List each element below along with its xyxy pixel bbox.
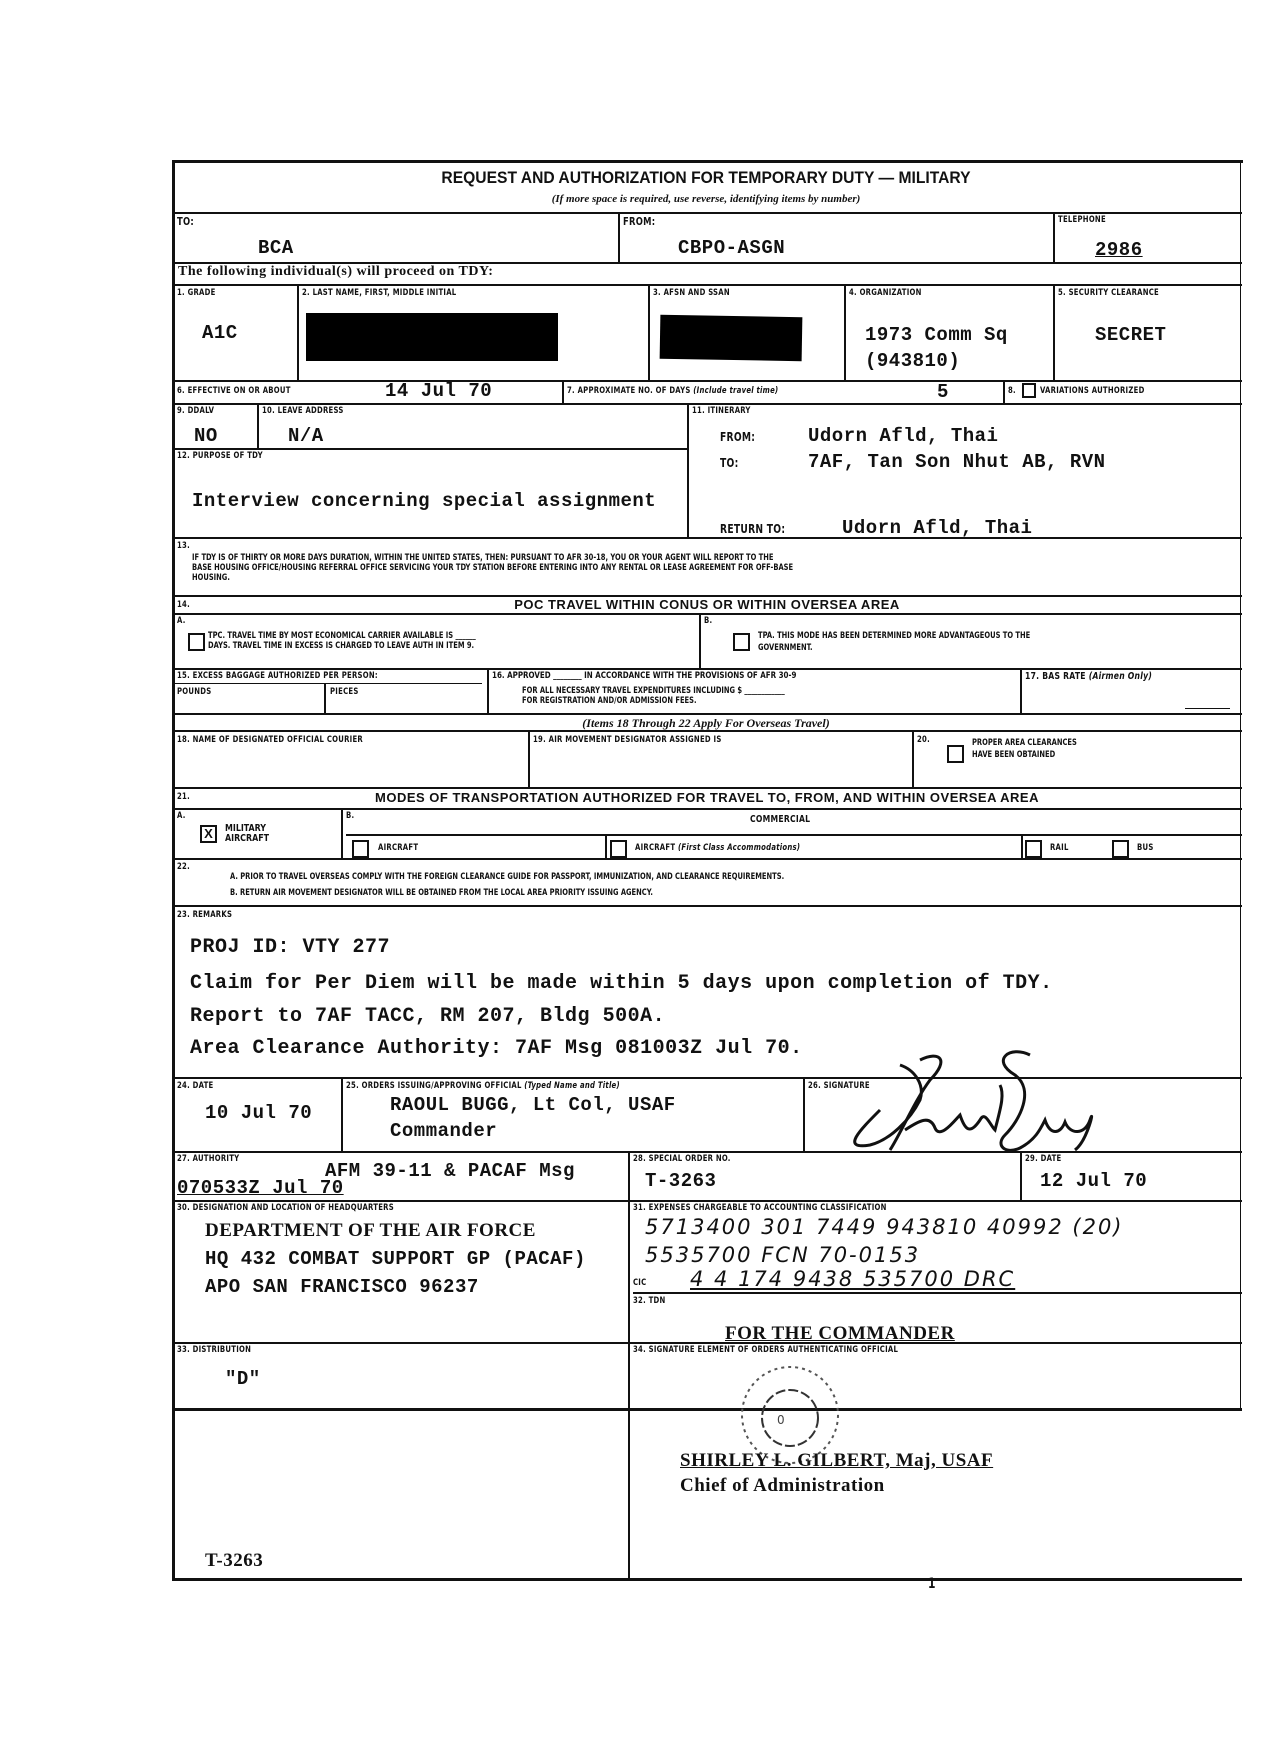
date-label: 24. DATE [177,1081,213,1091]
itinerary-from-label: FROM: [720,430,755,444]
rule [528,730,530,787]
tdn-label: 32. TDN [633,1296,666,1306]
bus-label: BUS [1137,843,1154,853]
authority-line1: AFM 39-11 & PACAF Msg [325,1160,575,1182]
rule [172,787,1242,789]
courier-label: 18. NAME OF DESIGNATED OFFICIAL COURIER [177,735,363,745]
item13-line3: HOUSING. [192,573,230,583]
page-mark: 1 [928,1576,936,1592]
remarks-line: Claim for Per Diem will be made within 5… [190,972,1053,995]
commercial-aircraft-checkbox[interactable] [352,840,369,858]
item21-b-label: B. [346,811,354,821]
order-date-label: 29. DATE [1025,1154,1061,1164]
item14-header: POC TRAVEL WITHIN CONUS OR WITHIN OVERSE… [172,597,1242,612]
remarks-line: Area Clearance Authority: 7AF Msg 081003… [190,1037,803,1060]
variations-number: 8. [1008,386,1016,396]
distribution-value: "D" [225,1368,261,1390]
telephone-value: 2986 [1095,239,1143,261]
rule [172,1342,1242,1344]
air-movement-label: 19. AIR MOVEMENT DESIGNATOR ASSIGNED IS [533,735,722,745]
authenticating-label: 34. SIGNATURE ELEMENT OF ORDERS AUTHENTI… [633,1345,898,1355]
return-to-label: RETURN TO: [720,522,785,536]
rule [1021,834,1023,858]
military-line2: AIRCRAFT [225,834,269,844]
rule [172,1200,1242,1202]
rule [172,808,1242,810]
item21-a-label: A. [177,811,186,821]
rule [172,448,687,450]
pounds-label: POUNDS [177,687,211,697]
rule [346,834,1242,836]
rule [172,713,1242,715]
item13-line2: BASE HOUSING OFFICE/HOUSING REFERRAL OFF… [192,563,793,573]
rule [912,730,914,787]
order-date-value: 12 Jul 70 [1040,1170,1147,1192]
commercial-label: COMMERCIAL [750,814,810,825]
clearance-value: SECRET [1095,324,1166,346]
rule [687,403,689,537]
commercial-aircraft-label: AIRCRAFT [378,843,418,853]
rule [172,212,1242,214]
cic-label: CIC [633,1278,646,1288]
rule [1053,212,1055,262]
rule [487,668,489,713]
official-label: 25. ORDERS ISSUING/APPROVING OFFICIAL (T… [346,1081,620,1091]
organization-value: 1973 Comm Sq [865,324,1008,346]
leave-address-label: 10. LEAVE ADDRESS [262,406,344,416]
to-label: TO: [177,215,194,228]
rule [172,537,1242,539]
itinerary-from-value: Udorn Afld, Thai [808,425,998,447]
item16-line2: FOR ALL NECESSARY TRAVEL EXPENDITURES IN… [522,686,785,696]
headquarters-label: 30. DESIGNATION AND LOCATION OF HEADQUAR… [177,1203,394,1213]
rule [562,380,564,403]
item16-line3: FOR REGISTRATION AND/OR ADMISSION FEES. [522,696,697,706]
item22-b: b. RETURN AIR MOVEMENT DESIGNATOR WILL B… [230,888,653,898]
tpa-checkbox[interactable] [733,633,750,651]
rule [172,284,1242,286]
rule [618,212,620,262]
itinerary-to-label: TO: [720,456,739,470]
purpose-label: 12. PURPOSE OF TDY [177,451,263,461]
area-clearance-checkbox[interactable] [947,745,964,763]
afsn-label: 3. AFSN AND SSAN [653,288,730,298]
name-redaction [306,313,558,361]
rule [699,613,701,668]
bas-rate-blank [1185,708,1230,709]
item13-number: 13. [177,541,190,551]
remarks-line: Report to 7AF TACC, RM 207, Bldg 500A. [190,1005,665,1028]
headquarters-line2: HQ 432 COMBAT SUPPORT GP (PACAF) [205,1248,586,1270]
item20-number: 20. [917,735,930,745]
authenticating-title: Chief of Administration [680,1475,885,1497]
effective-label: 6. EFFECTIVE ON OR ABOUT [177,386,291,396]
official-name: RAOUL BUGG, Lt Col, USAF [390,1094,676,1116]
for-commander: FOR THE COMMANDER [725,1323,955,1345]
rule [172,905,1242,907]
item22-a: a. PRIOR TO TRAVEL OVERSEAS COMPLY WITH … [230,872,784,882]
variations-label: VARIATIONS AUTHORIZED [1040,386,1145,396]
form-bottom-border [172,1578,1242,1581]
accounting-line2: 5535700 FCN 70-0153 [645,1243,920,1267]
telephone-label: TELEPHONE [1058,215,1106,225]
signature-icon [820,1040,1110,1160]
effective-value: 14 Jul 70 [385,380,492,402]
tpc-line1: TPC. TRAVEL TIME BY MOST ECONOMICAL CARR… [208,631,476,641]
rule [341,1077,343,1151]
rule [628,1151,630,1200]
leave-address-value: N/A [288,425,324,447]
grade-label: 1. GRADE [177,288,216,298]
date-value: 10 Jul 70 [205,1102,312,1124]
rule [172,683,482,684]
form-right-edge [1240,160,1241,1410]
rule [297,284,299,380]
item14-b-label: B. [704,616,712,626]
organization-code: (943810) [865,350,960,372]
from-label: FROM: [623,215,655,228]
tpa-line1: TPA. THIS MODE HAS BEEN DETERMINED MORE … [758,631,1030,641]
headquarters-line3: APO SAN FRANCISCO 96237 [205,1276,479,1298]
item13-line1: IF TDY IS OF THIRTY OR MORE DAYS DURATIO… [192,553,774,563]
remarks-label: 23. REMARKS [177,910,232,920]
headquarters-line1: DEPARTMENT OF THE AIR FORCE [205,1220,536,1242]
rule [633,1292,1242,1294]
overseas-note: (Items 18 Through 22 Apply For Overseas … [172,716,1240,731]
dalv-label: 9. DDALV [177,406,214,416]
rule [1053,284,1055,380]
rule [172,403,1242,405]
military-aircraft-checkbox[interactable]: X [200,825,217,843]
area-clearance-line2: HAVE BEEN OBTAINED [972,750,1055,760]
rule [172,380,1242,382]
variations-checkbox[interactable] [1022,383,1036,398]
itinerary-to-value: 7AF, Tan Son Nhut AB, RVN [808,451,1106,473]
rule [324,683,326,713]
distribution-label: 33. DISTRIBUTION [177,1345,251,1355]
following-text: The following individual(s) will proceed… [178,264,493,280]
item21-header: MODES OF TRANSPORTATION AUTHORIZED FOR T… [172,790,1242,805]
dalv-value: NO [194,425,218,447]
item16-line1: 16. APPROVED ________ IN ACCORDANCE WITH… [492,671,796,681]
authenticating-name: SHIRLEY L. GILBERT, Maj, USAF [680,1450,993,1472]
authority-label: 27. AUTHORITY [177,1154,239,1164]
return-to-value: Udorn Afld, Thai [842,517,1032,539]
purpose-value: Interview concerning special assignment [192,490,656,512]
days-label: 7. APPROXIMATE NO. OF DAYS (Include trav… [567,386,778,396]
days-value: 5 [937,381,949,403]
svg-text:0: 0 [777,1413,785,1427]
authority-line2: 070533Z Jul 70 [177,1177,344,1199]
special-order-value: T-3263 [645,1170,716,1192]
rule [257,403,259,448]
clearance-label: 5. SECURITY CLEARANCE [1058,288,1159,298]
accounting-label: 31. EXPENSES CHARGEABLE TO ACCOUNTING CL… [633,1203,887,1213]
form-title: REQUEST AND AUTHORIZATION FOR TEMPORARY … [215,168,1198,188]
rail-label: RAIL [1050,843,1069,853]
itinerary-label: 11. ITINERARY [692,406,751,416]
form-subtitle: (If more space is required, use reverse,… [172,193,1240,205]
rule [803,1077,805,1151]
rail-checkbox[interactable] [1025,840,1042,858]
bas-rate-label: 17. BAS RATE (Airmen Only) [1025,671,1152,682]
area-clearance-line1: PROPER AREA CLEARANCES [972,738,1077,748]
bus-checkbox[interactable] [1112,840,1129,858]
rule [605,834,607,858]
special-order-label: 28. SPECIAL ORDER NO. [633,1154,731,1164]
rule [648,284,650,380]
first-class-label: AIRCRAFT (First Class Accommodations) [635,843,800,853]
pieces-label: PIECES [330,687,359,697]
afsn-redaction [660,315,803,361]
form-left-border-lower [172,1408,175,1580]
to-value: BCA [258,237,294,259]
rule [341,808,343,858]
rule [172,668,1242,670]
tpa-line2: GOVERNMENT. [758,643,813,653]
rule [628,1200,630,1408]
rule [172,858,1242,860]
accounting-line1: 5713400 301 7449 943810 40992 (20) [645,1215,1124,1239]
baggage-label: 15. EXCESS BAGGAGE AUTHORIZED PER PERSON… [177,671,378,681]
name-label: 2. LAST NAME, FIRST, MIDDLE INITIAL [302,288,456,298]
rule [628,1408,630,1578]
first-class-checkbox[interactable] [610,840,627,858]
grade-value: A1C [202,322,238,344]
accounting-line3: 4 4 174 9438 535700 DRC [690,1267,1015,1291]
form-bottom-edge [172,1408,1242,1411]
rule [1020,668,1022,713]
rule [1003,380,1005,403]
item14-a-label: A. [177,616,186,626]
tpc-checkbox[interactable] [188,633,205,651]
rule [844,284,846,380]
official-title: Commander [390,1120,497,1142]
rule [172,613,1242,615]
order-reference: T-3263 [205,1550,263,1572]
item22-number: 22. [177,862,190,872]
remarks-line: PROJ ID: VTY 277 [190,936,390,959]
from-value: CBPO-ASGN [678,237,785,259]
organization-label: 4. ORGANIZATION [849,288,922,298]
tpc-line2: DAYS. TRAVEL TIME IN EXCESS IS CHARGED T… [208,641,474,651]
